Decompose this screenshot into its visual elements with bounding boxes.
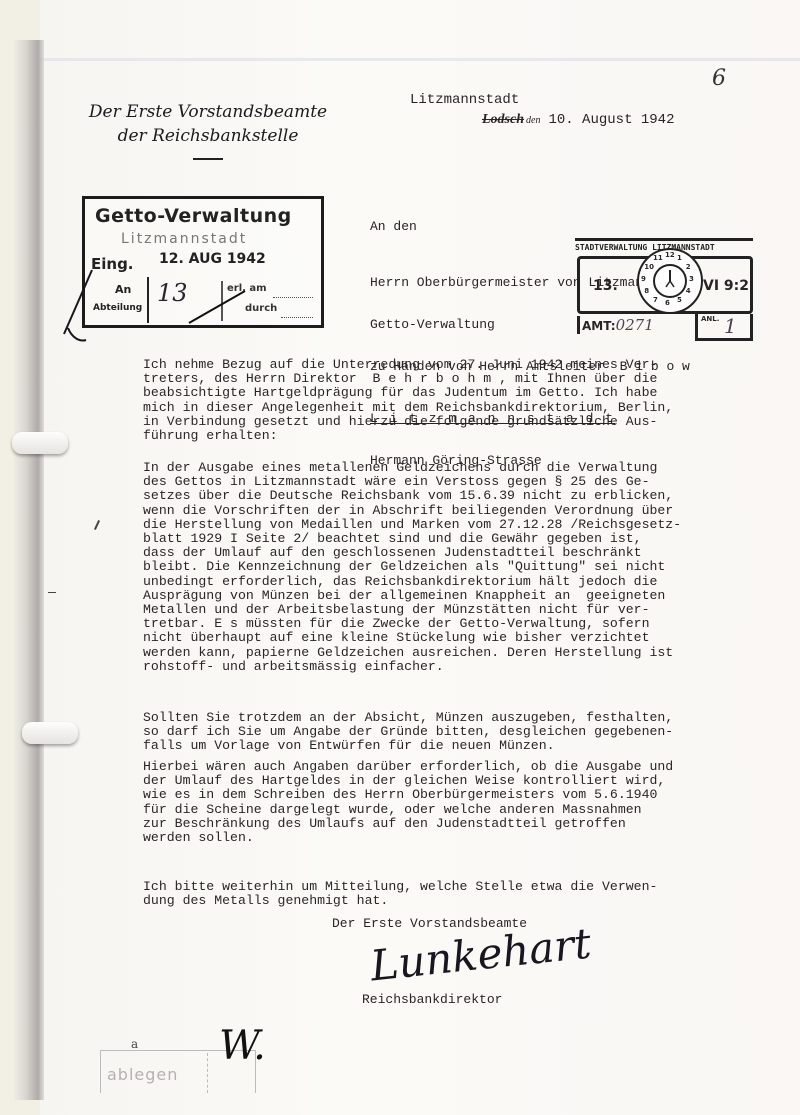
paragraph: Hierbei wären auch Angaben darüber erfor…: [143, 760, 783, 845]
struck-place: Lodsch: [482, 112, 524, 127]
page-number: 6: [712, 66, 726, 91]
clock-number: 5: [677, 296, 682, 304]
clock-number: 9: [641, 275, 646, 283]
clock-number: 4: [686, 287, 691, 295]
signer-title: Reichsbankdirektor: [362, 992, 502, 1007]
clock-number: 3: [689, 275, 694, 283]
filing-label: ablegen: [107, 1065, 178, 1084]
registry-amt: AMT:0271: [577, 316, 654, 334]
clock-number: 10: [644, 263, 654, 271]
clock-number: 8: [644, 287, 649, 295]
place: Litzmannstadt: [410, 92, 519, 108]
dateline: Lodschden10. August 1942: [482, 112, 674, 128]
filing-handwritten-mark: W.: [219, 1023, 266, 1069]
clock-number: 2: [686, 263, 691, 271]
binder-ring-icon: [12, 432, 68, 454]
clock-number: 6: [665, 299, 670, 307]
binder-ring-icon: [22, 722, 78, 744]
clock-dial-icon: 121234567891011: [637, 248, 703, 314]
paragraph: Sollten Sie trotzdem an der Absicht, Mün…: [143, 711, 783, 754]
registry-day: 13.: [593, 278, 618, 294]
filing-divider: [207, 1053, 209, 1093]
anl-label: ANL.: [701, 315, 719, 323]
amt-label: AMT:: [582, 319, 616, 333]
margin-pen-stroke-icon: [58, 268, 98, 344]
date-den: den: [526, 115, 540, 126]
recipient-label: An den: [370, 220, 690, 234]
anl-value: 1: [724, 314, 737, 338]
clock-number: 7: [653, 296, 658, 304]
binder-spine: [14, 40, 44, 1100]
paragraph: Ich nehme Bezug auf die Unterredung vom …: [143, 358, 783, 443]
filing-stamp: a ablegen W.: [100, 1050, 256, 1093]
letterhead-line1: Der Erste Vorstandsbeamte: [88, 100, 328, 124]
letterhead-divider: [193, 158, 223, 160]
letterhead-line2: der Reichsbankstelle: [88, 124, 328, 148]
scan-speck: [48, 592, 56, 593]
scan-band: [40, 58, 800, 61]
stamp-pen-strokes: [85, 199, 321, 325]
amt-value: 0271: [616, 316, 654, 334]
paragraph: In der Ausgabe eines metallenen Geldzeic…: [143, 461, 783, 674]
registry-stamp: STADTVERWALTUNG LITZMANNSTADT 13. 121234…: [575, 238, 753, 340]
letterhead: Der Erste Vorstandsbeamte der Reichsbank…: [88, 100, 328, 160]
registry-anl: ANL. 1: [695, 314, 753, 341]
letter-date: 10. August 1942: [548, 112, 674, 128]
paragraph: Ich bitte weiterhin um Mitteilung, welch…: [143, 880, 783, 908]
clock-number: 12: [665, 251, 675, 259]
filing-tick: a: [131, 1037, 138, 1051]
clock-number: 1: [677, 254, 682, 262]
registry-month-year: VI 9:2: [703, 278, 749, 294]
received-stamp: Getto-Verwaltung Litzmannstadt Eing. 12.…: [82, 196, 324, 328]
clock-number: 11: [653, 254, 663, 262]
